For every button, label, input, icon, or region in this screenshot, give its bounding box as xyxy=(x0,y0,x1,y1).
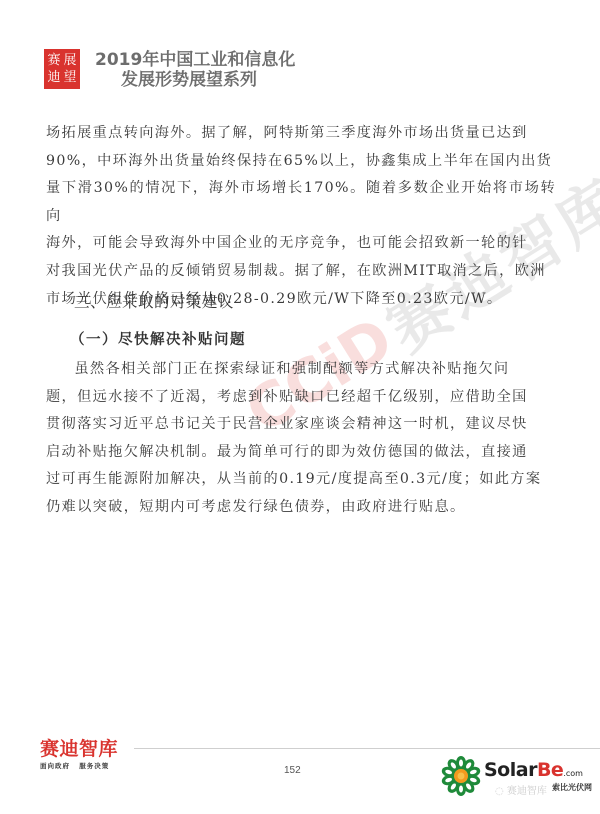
solarbe-logo: SolarBe.com ◌ 赛迪智库 索比光伏网 xyxy=(440,755,600,805)
text-line: 贯彻落实习近平总书记关于民营企业家座谈会精神这一时机，建议尽快 xyxy=(46,411,556,439)
solarbe-cn-name: 索比光伏网 xyxy=(552,782,592,793)
footer-divider xyxy=(134,748,600,749)
text-line: 虽然各相关部门正在探索绿证和强制配额等方式解决补贴拖欠问 xyxy=(46,356,556,384)
solarbe-name-main: Solar xyxy=(484,759,537,781)
wechat-watermark-text: 赛迪智库 xyxy=(507,786,547,797)
solarbe-domain-suffix: .com xyxy=(563,769,583,778)
text-line: 90%，中环海外出货量始终保持在65%以上，协鑫集成上半年在国内出货 xyxy=(46,148,556,176)
series-title-line1: 2019年中国工业和信息化 xyxy=(95,50,295,70)
paragraph-overseas-market: 场拓展重点转向海外。据了解，阿特斯第三季度海外市场出货量已达到 90%，中环海外… xyxy=(46,120,556,313)
subsection-heading: （一）尽快解决补贴问题 xyxy=(70,328,246,349)
paragraph-subsidy: 虽然各相关部门正在探索绿证和强制配额等方式解决补贴拖欠问 题，但远水接不了近渴，… xyxy=(46,356,556,522)
footer-logo-tagline: 面向政府 服务决策 xyxy=(40,761,118,770)
seal-char: 展 xyxy=(62,52,78,69)
solarbe-name-accent: Be xyxy=(537,759,563,781)
text-line: 海外，可能会导致海外中国企业的无序竞争，也可能会招致新一轮的针 xyxy=(46,230,556,258)
section-heading: 三、应采取的对策建议 xyxy=(74,290,234,312)
ccid-footer-logo: 赛迪智库 面向政府 服务决策 xyxy=(40,738,118,770)
page-number: 152 xyxy=(284,765,301,776)
wechat-icon: ◌ xyxy=(495,786,507,797)
footer-logo-name: 赛迪智库 xyxy=(40,738,118,760)
wechat-watermark: ◌ 赛迪智库 xyxy=(495,782,547,797)
solarbe-wordmark: SolarBe.com xyxy=(484,759,583,781)
seal-char: 望 xyxy=(62,69,78,86)
series-title-line2: 发展形势展望系列 xyxy=(95,70,295,90)
series-seal-logo: 赛 展 迪 望 xyxy=(44,49,80,89)
text-line: 题，但远水接不了近渴，考虑到补贴缺口已经超千亿级别，应借助全国 xyxy=(46,384,556,412)
text-line: 场拓展重点转向海外。据了解，阿特斯第三季度海外市场出货量已达到 xyxy=(46,120,556,148)
text-line: 对我国光伏产品的反倾销贸易制裁。据了解，在欧洲MIT取消之后，欧洲 xyxy=(46,258,556,286)
text-line: 启动补贴拖欠解决机制。最为简单可行的即为效仿德国的做法，直接通 xyxy=(46,439,556,467)
text-line: 量下滑30%的情况下，海外市场增长170%。随着多数企业开始将市场转向 xyxy=(46,175,556,230)
sunflower-icon xyxy=(440,755,482,797)
seal-char: 迪 xyxy=(46,69,62,86)
text-line: 仍难以突破，短期内可考虑发行绿色债券，由政府进行贴息。 xyxy=(46,494,556,522)
series-title: 2019年中国工业和信息化 发展形势展望系列 xyxy=(95,50,295,90)
page-header: 赛 展 迪 望 2019年中国工业和信息化 发展形势展望系列 xyxy=(0,0,600,110)
seal-char: 赛 xyxy=(46,52,62,69)
text-line: 过可再生能源附加解决，从当前的0.19元/度提高至0.3元/度；如此方案 xyxy=(46,466,556,494)
